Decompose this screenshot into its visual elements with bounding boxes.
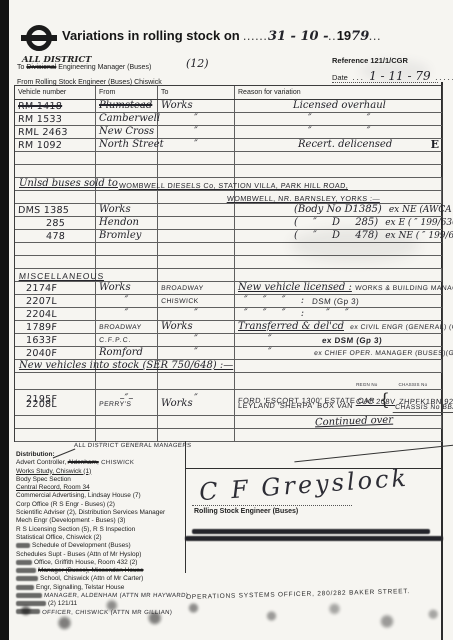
table-row: RM 1418 Plumstead Works Licensed overhau…	[15, 100, 442, 113]
col-header-from: From	[99, 89, 115, 96]
vehicle-number: 2207L	[26, 297, 57, 307]
table-row: RM 1533 Camberwell ″ ″″	[15, 113, 442, 126]
distribution-item-text: Advert Controller,	[16, 459, 66, 466]
cell: RM 1092	[15, 139, 96, 151]
miscellaneous-label-row: MISCELLANEOUS	[15, 269, 442, 282]
handwritten-replacement: CHISWICK	[100, 459, 134, 467]
to-location-caps: CHISWICK	[161, 299, 199, 306]
table-row: 2174F Works BROADWAY New vehicle license…	[15, 282, 442, 295]
cell: ″ ″ ″ :DSM (Gp 3)	[235, 295, 442, 307]
cell: Licensed overhaul	[235, 100, 442, 112]
distribution-item-text: School, Chiswick (Attn of Mr Carter)	[40, 575, 143, 582]
cell: From	[96, 86, 158, 99]
table-row: 2204L ″ ″ ″ ″ ″ :″ ″	[15, 308, 442, 321]
sold-to-address-caps: WOMBWELL, NR. BARNSLEY, YORKS :—	[227, 195, 381, 202]
cell: 285	[15, 217, 96, 229]
table-row: RML 2463 New Cross ″ ″″	[15, 126, 442, 139]
list-item: Commercial Advertising, Lindsay House (7…	[16, 492, 216, 500]
signature-dotted-line	[192, 505, 352, 506]
ink-smudge	[16, 560, 32, 565]
reason-caps: ex CIVIL ENGR (GENERAL) (Gp 2)	[350, 325, 453, 332]
from-garage: Camberwell	[99, 114, 160, 124]
cell: DMS 1385	[15, 204, 96, 216]
cell: Works	[96, 282, 158, 294]
cell: 2174F	[15, 282, 96, 294]
cell: Camberwell	[96, 113, 158, 125]
reason-caps: ex DSM (Gp 3)	[321, 337, 382, 345]
signatory-role: Rolling Stock Engineer (Buses)	[194, 508, 298, 515]
distribution-item-text: Engr, Signalling, Telstar House	[36, 584, 124, 591]
list-item: School, Chiswick (Attn of Mr Carter)	[16, 575, 216, 583]
cell: RM 1533	[15, 113, 96, 125]
cell	[158, 165, 235, 177]
cell: Plumstead	[96, 100, 158, 112]
cell: ″ex CHIEF OPER. MANAGER (BUSES)(Gp 3)	[235, 347, 453, 359]
signature-handwritten: C F Greyslock	[198, 464, 410, 507]
cell: ( ″ D 285)ex E ( ″ 199/630)	[235, 217, 453, 229]
to-ditto: ″	[194, 335, 198, 345]
reason-ditto: ″	[367, 114, 371, 124]
vehicle-number: 2204L	[26, 310, 57, 320]
cell: ″	[158, 390, 235, 415]
list-item: Mech Engr (Development - Buses) (3)	[16, 517, 216, 525]
reason-caps: WORKS & BUILDING MANAGER (Gp 2)	[355, 286, 453, 293]
list-item: Schedule of Development (Buses)	[16, 542, 216, 550]
cell	[15, 165, 96, 177]
list-item: Manager (Buses), Missenden House	[16, 567, 216, 575]
cell: Hendon	[96, 217, 158, 229]
cell	[96, 152, 158, 164]
vehicle-number: 1789F	[26, 323, 58, 333]
reason-ditto: ″	[268, 335, 272, 345]
cell: ″	[158, 113, 235, 125]
cell: ( ″ D 478)ex NE ( ″ 199/607)	[235, 230, 453, 242]
cell	[158, 152, 235, 164]
from-ditto: ″	[125, 296, 129, 306]
banner-row-sold-to-2: WOMBWELL, NR. BARNSLEY, YORKS :—	[15, 191, 442, 204]
reason: Licensed overhaul	[293, 101, 386, 111]
redaction-bar	[192, 529, 430, 534]
cell: Works	[158, 321, 235, 333]
to-ditto: ″	[194, 309, 198, 319]
reason: New vehicle licensed :	[238, 283, 352, 293]
vehicle-description-caps: FORD 'ESCORT 1300' ESTATE CAR	[238, 397, 376, 405]
cell	[96, 416, 158, 428]
cell	[158, 204, 235, 216]
cell	[96, 429, 158, 441]
cell: 2040F	[15, 347, 96, 359]
empty-row	[15, 243, 442, 256]
signature-flourish-line	[294, 445, 453, 463]
cell: Works	[158, 100, 235, 112]
reason-dittos: ″ ″	[326, 309, 349, 319]
vehicle-number: 285	[46, 219, 66, 229]
footer-section: Distribution: Advert Controller, Aldenha…	[14, 441, 443, 640]
from-location-caps: BROADWAY	[99, 325, 142, 332]
list-item: Engr, Signalling, Telstar House	[16, 584, 216, 592]
to-recipient: Engineering Manager (Buses)	[58, 64, 151, 71]
col-header-vehicle: Vehicle number	[18, 89, 66, 96]
from-location-caps: C.F.P.C.	[99, 338, 132, 345]
cell	[235, 256, 442, 268]
cell	[158, 243, 235, 255]
cell	[15, 191, 96, 203]
new-vehicles-heading: New vehicles into stock (SER 750/648) :—	[19, 361, 233, 371]
cell	[235, 243, 442, 255]
cell: RM 1418	[15, 100, 96, 112]
cell	[235, 152, 442, 164]
from-garage: New Cross	[99, 127, 154, 137]
list-item: OFFICER, CHISWICK (ATTN MR GILLIAN)	[16, 609, 216, 617]
vehicle-number: RM 1418	[18, 102, 63, 112]
reason-caps: DSM (Gp 3)	[312, 298, 360, 306]
cell: –″–	[96, 390, 158, 415]
title-printed: Variations in rolling stock on	[62, 28, 240, 43]
form-title: Variations in rolling stock on ......31 …	[62, 28, 382, 43]
list-item: Central Record, Room 34	[16, 484, 216, 492]
empty-row	[15, 165, 442, 178]
cell: Bromley	[96, 230, 158, 242]
handwritten-item-caps: MANAGER, ALDENHAM (ATTN MR HAYWARD)	[44, 592, 189, 600]
brace-glyph: {	[379, 390, 390, 410]
cell: 1789F	[15, 321, 96, 333]
to-ditto: ″	[194, 114, 198, 124]
cell: ″	[96, 308, 158, 320]
cell	[158, 230, 235, 242]
cell: ″ex DSM (Gp 3)	[235, 334, 442, 346]
to-prefix: To	[17, 64, 24, 71]
cell	[96, 256, 158, 268]
from-ditto: ″	[125, 309, 129, 319]
struck-word: Aldenham,	[68, 459, 99, 466]
cell	[15, 256, 96, 268]
reason-dittos: ″ ″ ″ :	[244, 296, 304, 306]
continued-row: Continued over	[15, 416, 442, 429]
ink-smudge	[16, 609, 40, 614]
cell: Works	[96, 204, 158, 216]
cell: BROADWAY	[158, 282, 235, 294]
table-row: DMS 1385 Works (Body No D1385)ex NE (AWC…	[15, 204, 442, 217]
cell: 2204L	[15, 308, 96, 320]
cell	[15, 429, 96, 441]
cell: Romford	[96, 347, 158, 359]
from-ditto: –″–	[120, 394, 134, 404]
reason-body-no: ( ″ D 285)	[294, 218, 378, 228]
reason-ditto: ″	[308, 127, 312, 137]
ink-smudge	[16, 543, 30, 548]
distribution-list: Distribution: Advert Controller, Aldenha…	[16, 451, 216, 617]
cell: New Cross	[96, 126, 158, 138]
reason-ref: ex NE ( ″ 199/607)	[385, 232, 453, 241]
vehicle-number: RML 2463	[18, 128, 68, 138]
list-item: Schedules Supt - Buses (Attn of Mr Hyslo…	[16, 551, 216, 559]
to-ditto: ″	[194, 127, 198, 137]
cell: BROADWAY	[96, 321, 158, 333]
from-garage: Plumstead	[99, 101, 152, 111]
table-row: RM 1092 North Street ″ Recert. delicense…	[15, 139, 442, 152]
reason-ref: ex E ( ″ 199/630)	[385, 219, 453, 228]
distribution-item-text: Office, Griffith House, Room 432 (2)	[34, 559, 137, 566]
vehicle-number: 1633F	[26, 336, 58, 346]
cell: New vehicle licensed :WORKS & BUILDING M…	[235, 282, 453, 294]
date-value-handwritten: 1 - 11 - 79	[369, 69, 431, 83]
handwritten-item-caps: OFFICER, CHISWICK (ATTN MR GILLIAN)	[42, 609, 173, 617]
operations-officer-note: OPERATIONS SYSTEMS OFFICER, 280/282 BAKE…	[186, 588, 410, 601]
cell: (Body No D1385)ex NE (AWCA 199/605)	[235, 204, 453, 216]
cell: ″	[158, 347, 235, 359]
reason-dittos: ″ ″ ″ :	[244, 309, 304, 319]
cell: ″	[158, 139, 235, 151]
cell: 1633F	[15, 334, 96, 346]
cell: Reason for variation	[235, 86, 442, 99]
distribution-item-text: (2) 121/11	[48, 600, 77, 607]
reason-ref: ex NE (AWCA 199/605)	[389, 206, 453, 215]
cell: 478	[15, 230, 96, 242]
sold-to-note-cursive: Unlsd buses sold to	[19, 179, 118, 189]
banner-row-sold-to: Unlsd buses sold to WOMBWELL DIESELS Co,…	[15, 178, 442, 191]
cell: Transferred & del'cdex CIVIL ENGR (GENER…	[235, 321, 453, 333]
reason-body-no: ( ″ D 478)	[294, 231, 378, 241]
cell: 2195F	[15, 390, 96, 415]
date-underline	[332, 82, 438, 83]
roundel-bar	[21, 35, 57, 41]
distribution-handwritten-note: ALL DISTRICT GENERAL MANAGERS	[74, 443, 192, 449]
dotted-leader: ..	[329, 32, 337, 42]
sold-to-buyer-caps: WOMBWELL DIESELS Co, STATION VILLA, PARK…	[119, 182, 349, 189]
vehicle-number: 2195F	[26, 395, 58, 405]
empty-row	[15, 152, 442, 165]
cell	[15, 243, 96, 255]
redaction-bar	[185, 536, 443, 541]
scan-edge-strip	[0, 0, 9, 640]
to-ditto: ″	[194, 140, 198, 150]
distribution-item-text: Schedule of Development (Buses)	[32, 542, 131, 549]
date-day-month-handwritten: 31 - 10 -	[268, 29, 329, 44]
vehicle-number: 478	[46, 232, 66, 242]
empty-row	[15, 256, 442, 269]
vehicle-number: RM 1092	[18, 141, 63, 151]
list-item: R S Licensing Section (5), R S Inspectio…	[16, 526, 216, 534]
scanned-document-page: Variations in rolling stock on ......31 …	[0, 0, 453, 640]
ink-smudge	[16, 593, 42, 598]
reason-ditto: ″	[308, 114, 312, 124]
to-ditto: ″	[194, 348, 198, 358]
vehicle-number: 2040F	[26, 349, 58, 359]
list-item: Scientific Adviser (2), Distribution Ser…	[16, 509, 216, 517]
cell: North Street	[96, 139, 158, 151]
cell: Vehicle number	[15, 86, 96, 99]
cell	[158, 217, 235, 229]
from-garage: North Street	[99, 140, 164, 150]
to-ditto: ″	[194, 394, 198, 404]
to-location: Works	[161, 101, 193, 111]
dotted-leader: ......	[243, 32, 268, 42]
distribution-label: Distribution:	[16, 451, 55, 458]
regn-label: REGN No	[356, 382, 377, 387]
from-garage: Romford	[99, 348, 143, 358]
reason-body-no: (Body No D1385)	[294, 205, 382, 215]
vehicle-number: RM 1533	[18, 115, 63, 125]
cell	[158, 416, 235, 428]
table-row: 2040F Romford ″ ″ex CHIEF OPER. MANAGER …	[15, 347, 442, 360]
cell: 2207L	[15, 295, 96, 307]
copies-annotation: (12)	[186, 58, 209, 69]
table-row: 285 Hendon ( ″ D 285)ex E ( ″ 199/630)	[15, 217, 442, 230]
reference-number: Reference 121/1/CGR	[332, 56, 408, 65]
status-letter-e: E	[431, 138, 439, 151]
list-item: (2) 121/11	[16, 600, 216, 608]
list-item: Body Spec Section	[16, 476, 216, 484]
miscellaneous-heading: MISCELLANEOUS	[19, 272, 105, 281]
table-row: 1789F BROADWAY Works Transferred & del'c…	[15, 321, 442, 334]
list-item: Office, Griffith House, Room 432 (2)	[16, 559, 216, 567]
cell	[235, 360, 442, 372]
variations-table: Vehicle number From To Reason for variat…	[14, 85, 443, 442]
ink-smudge	[16, 585, 34, 590]
col-header-reason: Reason for variation	[238, 89, 301, 96]
table-header-row: Vehicle number From To Reason for variat…	[15, 86, 442, 100]
from-garage: Works	[99, 283, 131, 293]
to-struck-word: Divisional	[26, 64, 56, 71]
cell: To	[158, 86, 235, 99]
cell: Recert. delicensedE	[235, 139, 442, 151]
col-header-to: To	[161, 89, 168, 96]
from-garage: Works	[99, 205, 131, 215]
reason-ditto: ″	[268, 348, 272, 358]
table-row: 2195F –″– ″ FORD 'ESCORT 1300' ESTATE CA…	[15, 390, 442, 416]
dotted-leader: ...	[352, 72, 364, 82]
vehicle-number: DMS 1385	[18, 206, 70, 216]
dotted-leader: ...	[369, 32, 381, 42]
cell: ″″	[235, 126, 442, 138]
cell	[158, 429, 235, 441]
from-garage: Hendon	[99, 218, 139, 228]
reason-caps: ex CHIEF OPER. MANAGER (BUSES)(Gp 3)	[314, 351, 453, 358]
cell	[235, 269, 442, 281]
cell: RML 2463	[15, 126, 96, 138]
to-line: To Divisional Engineering Manager (Buses…	[17, 64, 151, 71]
reason: Transferred & del'cd	[238, 322, 344, 332]
cell	[96, 191, 158, 203]
list-item: Corp Office (R S Engr - Buses) (2)	[16, 501, 216, 509]
cell	[235, 165, 442, 177]
vehicle-number: 2174F	[26, 284, 58, 294]
table-row: 1633F C.F.P.C. ″ ″ex DSM (Gp 3)	[15, 334, 442, 347]
chassis-line: CHASSIS No BBADWS 998960	[393, 404, 453, 413]
dotted-leader: .....	[435, 72, 453, 82]
from-garage: Bromley	[99, 231, 141, 241]
ink-smudge	[16, 601, 46, 606]
cell: FORD 'ESCORT 1300' ESTATE CAR { CHASSIS …	[235, 390, 453, 415]
london-transport-roundel-logo	[21, 25, 57, 52]
cell	[96, 165, 158, 177]
table-row: 478 Bromley ( ″ D 478)ex NE ( ″ 199/607)	[15, 230, 442, 243]
cell	[15, 416, 96, 428]
reason-ditto: ″	[367, 127, 371, 137]
cell: ″″	[235, 113, 442, 125]
ink-smudge	[16, 576, 38, 581]
to-location-caps: BROADWAY	[161, 286, 204, 293]
year-handwritten: 79	[351, 29, 369, 44]
cell: C.F.P.C.	[96, 334, 158, 346]
cell: ″ ″ ″ :″ ″	[235, 308, 442, 320]
reason: Recert. delicensed	[298, 140, 392, 150]
date-label: Date	[332, 73, 348, 82]
list-item: Advert Controller, Aldenham, CHISWICK	[16, 459, 216, 467]
struck-item-text: Manager (Buses), Missenden House	[38, 567, 144, 574]
to-location: Works	[161, 322, 193, 332]
cell: CHISWICK	[158, 295, 235, 307]
cell	[96, 269, 158, 281]
chassis-label: CHASSIS No	[399, 382, 428, 387]
cell: ″	[158, 126, 235, 138]
banner-row-new-vehicles: New vehicles into stock (SER 750/648) :—	[15, 360, 442, 373]
cell	[96, 243, 158, 255]
table-row: 2208L PERRY'S Works LEYLAND 'SHERPA' BOX…	[15, 373, 442, 390]
cell	[158, 191, 235, 203]
table-row: 2207L ″ CHISWICK ″ ″ ″ :DSM (Gp 3)	[15, 295, 442, 308]
cell	[235, 429, 442, 441]
cell: ″	[96, 295, 158, 307]
chassis-regn-stack: CHASSIS No BBADWS 998960 REGN No CUC 195…	[393, 396, 453, 414]
cell	[15, 152, 96, 164]
cell	[158, 269, 235, 281]
cell: ″	[158, 308, 235, 320]
cell	[158, 256, 235, 268]
ink-smudge	[16, 568, 36, 573]
cell: ″	[158, 334, 235, 346]
year-prefix-printed: 19	[337, 28, 351, 43]
